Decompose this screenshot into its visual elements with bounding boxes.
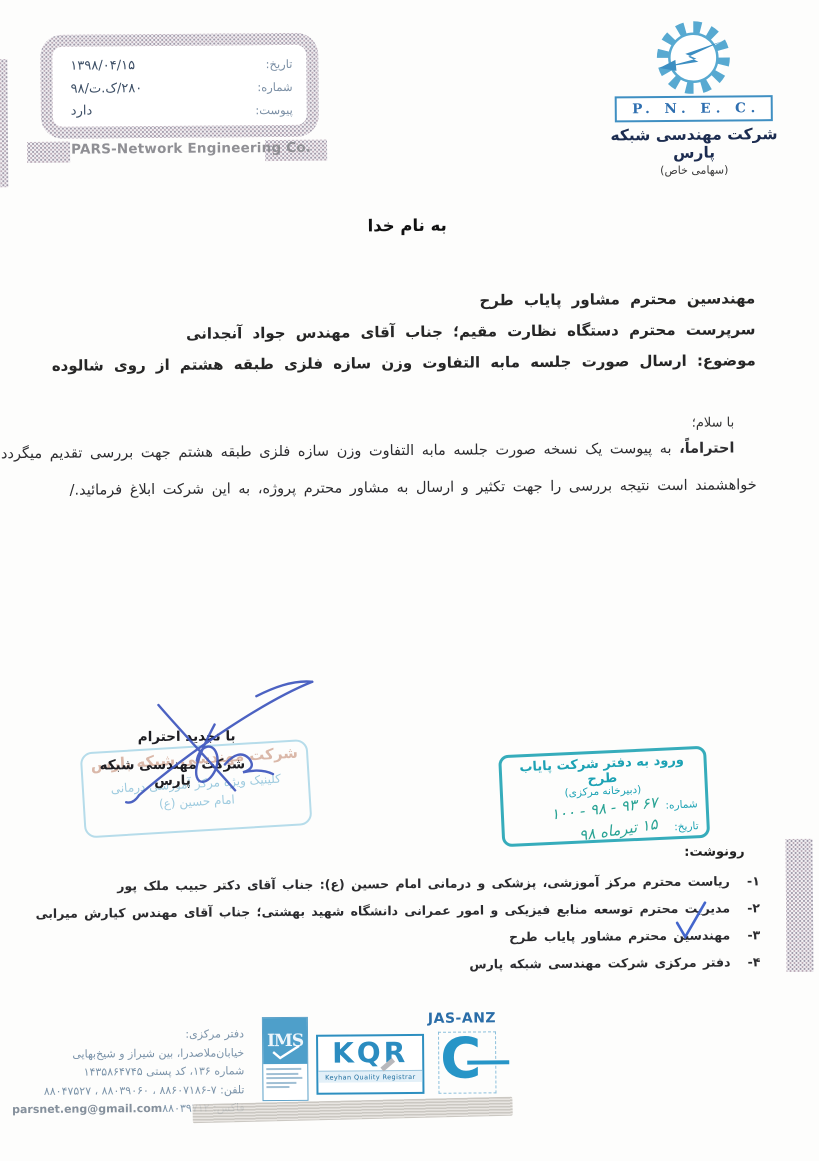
- attachment-label: پیوست:: [215, 103, 293, 118]
- company-emblem: P. N. E. C. شرکت مهندسی شبکه پارس (سهامی…: [608, 15, 779, 177]
- halftone-strip-left-of-name: [27, 142, 70, 163]
- company-type: (سهامی خاص): [609, 163, 779, 177]
- number-value: ۲۸۰/ک.ت/۹۸: [71, 80, 179, 96]
- body-line-1: احتراماً، به پیوست یک نسخه صورت جلسه ماب…: [0, 440, 734, 462]
- recipient-line-2: سرپرست محترم دستگاه نظارت مقیم؛ جناب آقا…: [186, 320, 756, 342]
- pnec-acronym: P. N. E. C.: [615, 95, 772, 122]
- received-date-handwriting: ۱۵ تیرماه ۹۸: [578, 815, 659, 845]
- ims-fineprint-lines: [263, 1064, 307, 1088]
- jas-anz-bar: [467, 1060, 509, 1064]
- meta-row-date: تاریخ: ۱۳۹۸/۰۴/۱۵: [64, 53, 292, 77]
- company-name-english: PARS-Network Engineering Co.: [71, 140, 311, 158]
- subject-line: موضوع: ارسال صورت جلسه مابه التفاوت وزن …: [52, 351, 756, 375]
- cc-item-4: ۴- دفتر مرکزی شرکت مهندسی شبکه پارس: [469, 954, 760, 971]
- jas-anz-label: JAS-ANZ: [428, 1010, 496, 1027]
- cc-item-1-number: ۱-: [740, 873, 760, 888]
- body-line-2: خواهشمند است نتیجه بررسی را جهت تکثیر و …: [69, 477, 756, 498]
- bismillah-title: به نام خدا: [0, 213, 817, 238]
- handwritten-signature: [96, 666, 327, 813]
- left-edge-halftone-strip: [0, 59, 8, 187]
- checkmark-icon: [671, 899, 709, 941]
- company-name-farsi: شرکت مهندسی شبکه پارس: [609, 125, 779, 162]
- meta-row-attachment: پیوست: دارد: [65, 98, 293, 122]
- kqr-caption: Keyhan Quality Registrar: [318, 1070, 422, 1083]
- jas-anz-mark: C: [438, 1031, 496, 1093]
- letter-meta-box: تاریخ: ۱۳۹۸/۰۴/۱۵ شماره: ۲۸۰/ک.ت/۹۸ پیوس…: [40, 33, 319, 139]
- cc-item-4-number: ۴-: [740, 954, 760, 969]
- scanned-letter-page: تاریخ: ۱۳۹۸/۰۴/۱۵ شماره: ۲۸۰/ک.ت/۹۸ پیوس…: [0, 0, 819, 1161]
- date-value: ۱۳۹۸/۰۴/۱۵: [70, 58, 178, 74]
- kqr-certification-logo: KQR Keyhan Quality Registrar: [316, 1034, 424, 1095]
- jas-anz-c-glyph: C: [440, 1026, 482, 1091]
- cc-item-2-text: مدیریت محترم توسعه منابع فیزیکی و امور ع…: [35, 900, 730, 920]
- cc-item-1: ۱- ریاست محترم مرکز آموزشی، پزشکی و درما…: [117, 873, 760, 893]
- received-number-label: شماره:: [665, 798, 698, 811]
- meta-row-number: شماره: ۲۸۰/ک.ت/۹۸: [64, 76, 292, 100]
- cc-item-2: ۲- مدیریت محترم توسعه منابع فیزیکی و امو…: [35, 900, 760, 921]
- salutation: با سلام؛: [692, 415, 735, 430]
- ims-logo-mark: IMS: [263, 1018, 307, 1064]
- date-label: تاریخ:: [214, 57, 292, 72]
- right-edge-halftone-strip: [785, 839, 813, 972]
- footer-office-title: دفتر مرکزی:: [30, 1025, 244, 1045]
- cc-item-2-number: ۲-: [740, 900, 760, 915]
- footer-phone: تلفن: ۷-۸۸۶۰۷۱۸۶ ، ۸۸۰۳۹۰۶۰ ، ۸۸۰۴۷۵۲۷: [30, 1081, 244, 1101]
- cc-item-1-text: ریاست محترم مرکز آموزشی، پزشکی و درمانی …: [117, 873, 730, 893]
- footer-address-2: شماره ۱۳۶، کد پستی ۱۴۳۵۸۶۴۷۴۵: [30, 1062, 244, 1082]
- body-lead-word: احتراماً،: [679, 440, 734, 456]
- ims-check-icon: [271, 1044, 301, 1060]
- received-date-label: تاریخ:: [674, 820, 699, 833]
- recipient-line-1: مهندسین محترم مشاور پایاب طرح: [479, 289, 755, 309]
- footer-email: parsnet.eng@gmail.com: [12, 1100, 162, 1120]
- body-line-1-text: به پیوست یک نسخه صورت جلسه مابه التفاوت …: [0, 441, 672, 462]
- number-label: شماره:: [215, 80, 293, 95]
- footer-address-1: خیابان‌ملاصدرا، بین شیراز و شیخ‌بهایی: [30, 1044, 244, 1064]
- gear-lightning-icon: [645, 15, 742, 94]
- attachment-value: دارد: [71, 103, 179, 119]
- cc-title: رونوشت:: [684, 844, 744, 859]
- scan-content: تاریخ: ۱۳۹۸/۰۴/۱۵ شماره: ۲۸۰/ک.ت/۹۸ پیوس…: [0, 0, 819, 1161]
- cc-item-3-number: ۳-: [740, 927, 760, 942]
- ims-certification-logo: IMS: [262, 1017, 309, 1101]
- received-stamp: ورود به دفتر شرکت پایاب طرح (دبیرخانه مر…: [498, 746, 710, 848]
- cc-item-4-text: دفتر مرکزی شرکت مهندسی شبکه پارس: [469, 954, 730, 971]
- letter-meta-fields: تاریخ: ۱۳۹۸/۰۴/۱۵ شماره: ۲۸۰/ک.ت/۹۸ پیوس…: [52, 45, 307, 127]
- kqr-logo-text: KQR: [318, 1036, 422, 1071]
- cc-item-3: ۳- مهندسین محترم مشاور پایاب طرح: [509, 927, 760, 944]
